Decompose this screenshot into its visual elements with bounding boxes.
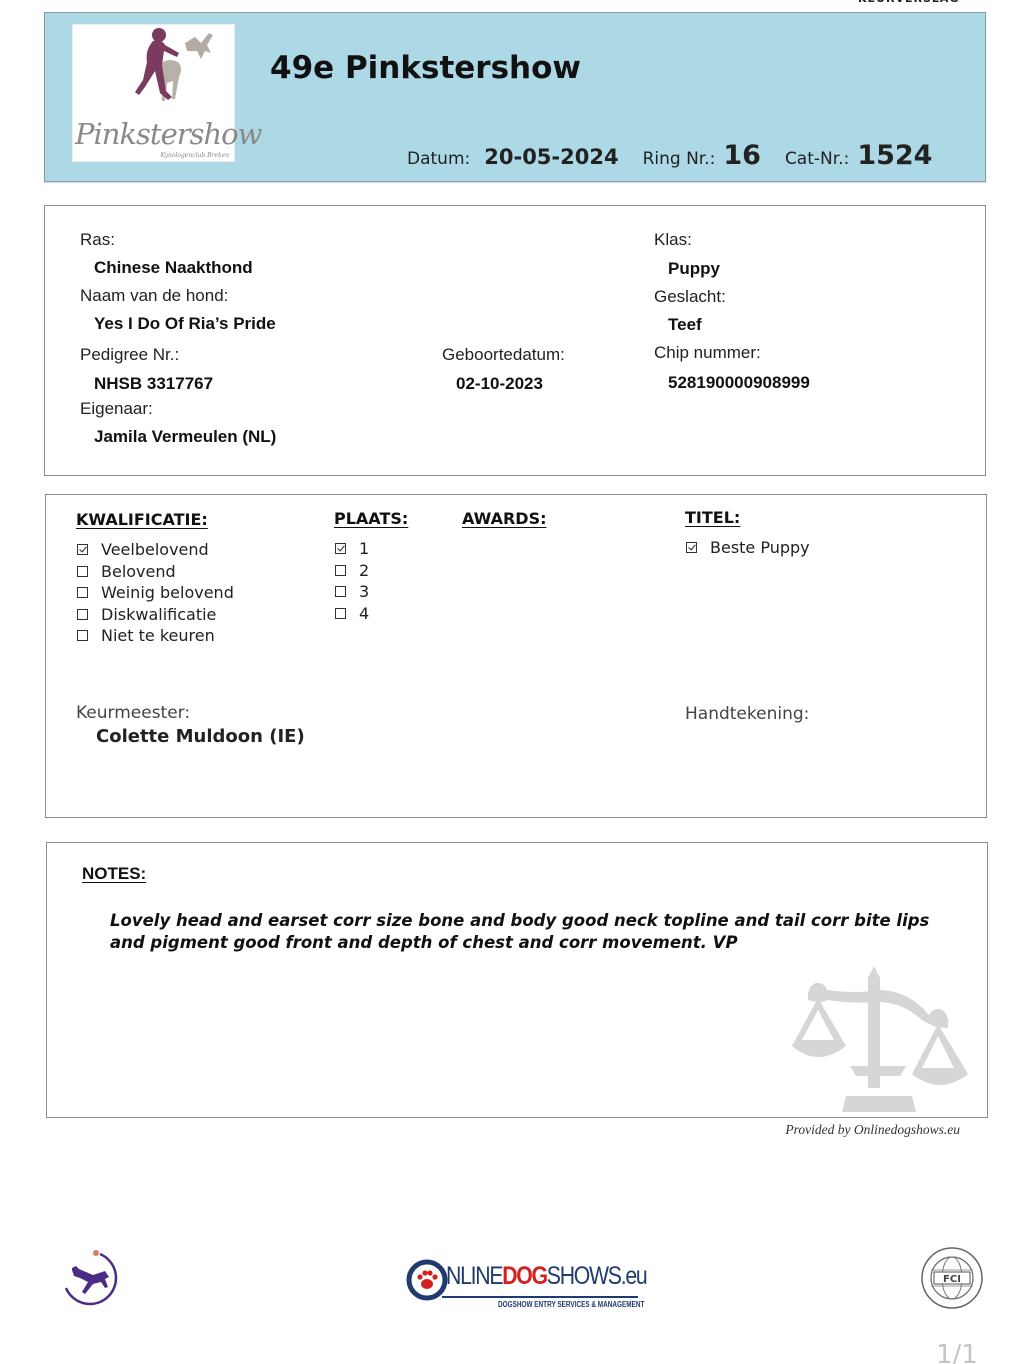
dog-name-label: Naam van de hond: xyxy=(80,286,228,306)
provided-by-text: Provided by Onlinedogshows.eu xyxy=(700,1122,960,1138)
placement-heading: PLAATS: xyxy=(334,509,408,528)
chip-label: Chip nummer: xyxy=(654,343,761,363)
unchecked-box-icon[interactable] xyxy=(77,566,88,577)
date-label: Datum: xyxy=(407,149,470,169)
title-list: Beste Puppy xyxy=(686,537,810,559)
ods-suffix: SHOWS.eu xyxy=(547,1262,647,1290)
club-jumping-dog-logo xyxy=(62,1248,124,1310)
ods-prefix: NLINE xyxy=(446,1262,502,1290)
show-meta-row: Datum: 20-05-2024 Ring Nr.: 16 Cat-Nr.: … xyxy=(407,140,932,171)
placement-option[interactable]: 1 xyxy=(335,538,369,560)
sex-label: Geslacht: xyxy=(654,287,726,307)
judge-name: Colette Muldoon (IE) xyxy=(96,726,305,747)
qualification-option-label: Diskwalificatie xyxy=(101,605,216,624)
judge-label: Keurmeester: xyxy=(76,703,190,723)
date-value: 20-05-2024 xyxy=(484,145,618,169)
unchecked-box-icon[interactable] xyxy=(335,565,346,576)
unchecked-box-icon[interactable] xyxy=(335,586,346,597)
document-type-label: KEURVERSLAG xyxy=(858,0,959,5)
qualification-option-label: Weinig belovend xyxy=(101,583,234,602)
qualification-option[interactable]: Diskwalificatie xyxy=(77,604,234,626)
pinkstershow-logo: Pinkstershow Kynologenclub Breken xyxy=(72,24,235,162)
title-option[interactable]: Beste Puppy xyxy=(686,537,810,559)
birthdate-value: 02-10-2023 xyxy=(456,374,543,394)
logo-script-text: Pinkstershow xyxy=(75,117,235,151)
chip-value: 528190000908999 xyxy=(668,373,810,393)
placement-option[interactable]: 3 xyxy=(335,581,369,603)
qualification-heading: KWALIFICATIE: xyxy=(76,510,208,529)
qualification-option-label: Belovend xyxy=(101,562,176,581)
placement-option-label: 4 xyxy=(359,604,369,623)
ods-dog: DOG xyxy=(502,1262,547,1290)
logo-sub-text: Kynologenclub Breken xyxy=(73,152,233,159)
awards-heading: AWARDS: xyxy=(462,509,547,528)
qualification-option-label: Veelbelovend xyxy=(101,540,209,559)
pedigree-label: Pedigree Nr.: xyxy=(80,345,179,365)
dog-name-value: Yes I Do Of Ria’s Pride xyxy=(94,314,276,334)
catalog-value: 1524 xyxy=(857,140,932,171)
ring-value: 16 xyxy=(723,140,761,171)
ods-underline xyxy=(442,1296,638,1298)
placement-option[interactable]: 4 xyxy=(335,603,369,625)
checked-box-icon[interactable] xyxy=(335,543,346,554)
qualification-list: VeelbelovendBelovendWeinig belovendDiskw… xyxy=(77,539,234,647)
qualification-option[interactable]: Weinig belovend xyxy=(77,582,234,604)
svg-text:FCI: FCI xyxy=(943,1274,961,1285)
unchecked-box-icon[interactable] xyxy=(77,587,88,598)
owner-label: Eigenaar: xyxy=(80,399,153,419)
placement-option[interactable]: 2 xyxy=(335,560,369,582)
catalog-label: Cat-Nr.: xyxy=(785,149,849,169)
ods-tagline: DOGSHOW ENTRY SERVICES & MANAGEMENT xyxy=(498,1300,644,1309)
notes-heading: NOTES: xyxy=(82,864,146,884)
qualification-option[interactable]: Veelbelovend xyxy=(77,539,234,561)
sex-value: Teef xyxy=(668,315,702,335)
unchecked-box-icon[interactable] xyxy=(77,630,88,641)
fci-logo: FCI xyxy=(920,1246,984,1310)
qualification-option-label: Niet te keuren xyxy=(101,626,215,645)
scales-of-justice-icon xyxy=(788,962,970,1114)
title-option-label: Beste Puppy xyxy=(710,538,810,557)
owner-value: Jamila Vermeulen (NL) xyxy=(94,427,276,447)
placement-list: 1234 xyxy=(335,538,369,624)
qualification-option[interactable]: Niet te keuren xyxy=(77,625,234,647)
qualification-option[interactable]: Belovend xyxy=(77,561,234,583)
placement-option-label: 2 xyxy=(359,561,369,580)
signature-label: Handtekening: xyxy=(685,704,809,724)
checked-box-icon[interactable] xyxy=(686,542,697,553)
ods-wordmark: NLINEDOGSHOWS.eu xyxy=(446,1262,646,1291)
checked-box-icon[interactable] xyxy=(77,544,88,555)
breed-label: Ras: xyxy=(80,230,115,250)
notes-text: Lovely head and earset corr size bone an… xyxy=(110,910,950,954)
class-value: Puppy xyxy=(668,259,720,279)
pedigree-value: NHSB 3317767 xyxy=(94,374,213,394)
onlinedogshows-logo: NLINEDOGSHOWS.eu DOGSHOW ENTRY SERVICES … xyxy=(406,1256,642,1314)
show-title: 49e Pinkstershow xyxy=(270,50,581,86)
unchecked-box-icon[interactable] xyxy=(77,609,88,620)
placement-option-label: 1 xyxy=(359,539,369,558)
class-label: Klas: xyxy=(654,230,692,250)
unchecked-box-icon[interactable] xyxy=(335,608,346,619)
page-number: 1/1 xyxy=(936,1340,978,1364)
title-heading: TITEL: xyxy=(685,508,740,527)
child-with-dog-logo-icon xyxy=(73,25,236,125)
birthdate-label: Geboortedatum: xyxy=(442,345,565,365)
breed-value: Chinese Naakthond xyxy=(94,258,253,278)
placement-option-label: 3 xyxy=(359,582,369,601)
ring-label: Ring Nr.: xyxy=(643,149,716,169)
